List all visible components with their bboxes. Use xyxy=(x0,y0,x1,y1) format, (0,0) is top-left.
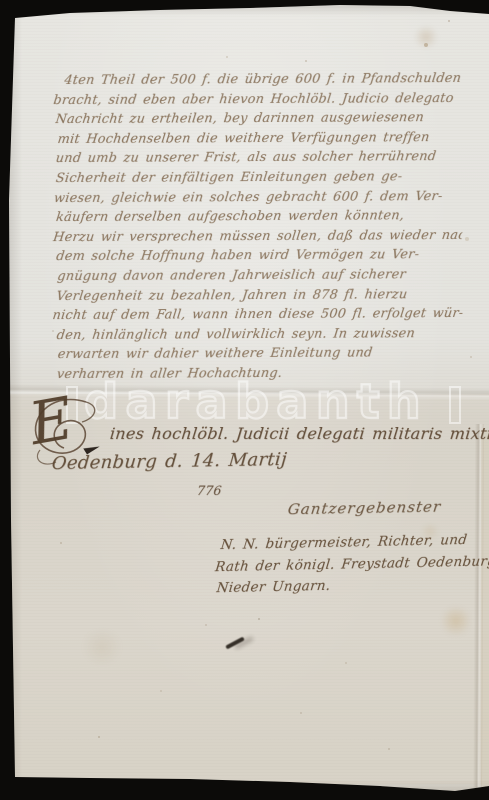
handwritten-line: erwarten wir dahier weithere Einleitung … xyxy=(57,343,464,365)
handwritten-line: 4ten Theil der 500 f. die übrige 600 f. … xyxy=(63,69,462,91)
handwritten-line: Sicherheit der einfältigen Einleitungen … xyxy=(55,167,463,189)
salutation-line: ines hochlöbl. Judicii delegati militari… xyxy=(109,424,489,443)
handwritten-line: Nachricht zu ertheilen, bey darinnen aus… xyxy=(54,108,462,130)
handwritten-line: mit Hochdenselben die weithere Verfügung… xyxy=(56,128,462,150)
handwritten-line: dem solche Hoffnung haben wird Vermögen … xyxy=(55,245,463,267)
handwritten-line: bracht, sind eben aber hievon Hochlöbl. … xyxy=(52,89,462,111)
paper-specks xyxy=(0,0,2,2)
handwritten-line: Herzu wir versprechen müssen sollen, daß… xyxy=(52,226,463,248)
signature-block: N. N. bürgermeister, Richter, und Rath d… xyxy=(220,529,489,600)
handwritten-line: wiesen, gleichwie ein solches gebracht 6… xyxy=(53,186,463,208)
paper-stain xyxy=(413,26,439,48)
photo-background: 4ten Theil der 500 f. die übrige 600 f. … xyxy=(0,0,489,800)
letter-body: 4ten Theil der 500 f. die übrige 600 f. … xyxy=(55,69,463,385)
paper-stain xyxy=(440,606,472,636)
paper: 4ten Theil der 500 f. die übrige 600 f. … xyxy=(0,0,489,800)
watermark-text: darabanth xyxy=(84,374,428,430)
paper-stain xyxy=(80,630,124,664)
handwritten-line: gnügung davon anderen Jahrweislich auf s… xyxy=(56,265,463,287)
handwritten-line: den, hinlänglich und vollwirklich seyn. … xyxy=(55,324,463,346)
handwritten-line: nicht auf dem Fall, wann ihnen diese 500… xyxy=(51,304,463,326)
handwritten-line: käufern derselben aufgeschoben werden kö… xyxy=(55,206,463,228)
place-date-line: Oedenburg d. 14. Martij xyxy=(51,449,288,474)
valediction-line: Gantzergebenster xyxy=(287,498,443,519)
year-label: 776 xyxy=(196,483,222,498)
handwritten-line: Verlegenheit zu bezahlen, Jahren in 878 … xyxy=(55,284,463,306)
handwritten-line: und umb zu unserer Frist, als aus solche… xyxy=(54,147,462,169)
paper-edge-shadow-top xyxy=(0,0,489,16)
right-edge-strip xyxy=(481,430,489,788)
watermark-bracket-right xyxy=(449,386,461,424)
